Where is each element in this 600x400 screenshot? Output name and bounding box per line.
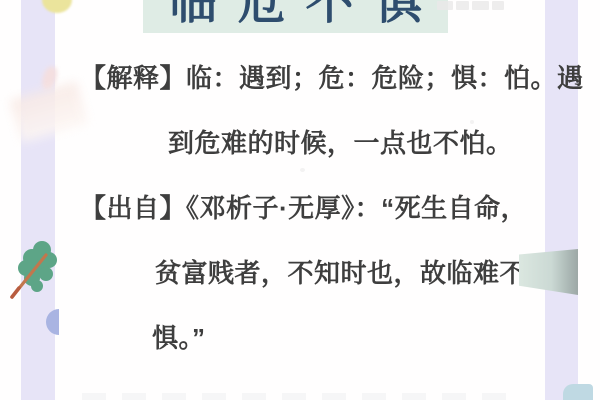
definition-text: 【解释】临：遇到；危：危险；惧：怕。遇 到危难的时候，一点也不怕。 【出自】《邓…	[80, 46, 526, 371]
title-band: 临危不惧	[143, 0, 448, 33]
idiom-title: 临危不惧	[143, 0, 448, 27]
watermark-block	[492, 1, 504, 10]
source-line-1: 【出自】《邓析子·无厚》：“死生自命，	[80, 176, 526, 241]
paper-speck	[470, 120, 474, 124]
cropped-next-line	[82, 393, 518, 400]
source-line-2: 贫富贱者，不知时也，故临难不	[80, 241, 526, 306]
paper-speck	[300, 168, 305, 172]
leaf-icon	[4, 236, 64, 302]
card-border-left	[21, 0, 55, 400]
source-line-3: 惧。”	[80, 306, 526, 371]
brush-stroke-decoration	[519, 249, 578, 295]
idiom-card: 临危不惧 【解释】临：遇到；危：危险；惧：怕。遇 到危难的时候，一点也不怕。 【…	[0, 0, 600, 400]
watermark-block	[472, 1, 489, 10]
watermark-block	[456, 1, 469, 10]
explanation-line-2: 到危难的时候，一点也不怕。	[80, 111, 526, 176]
card-border-right	[545, 0, 578, 400]
cyan-corner-decoration	[563, 384, 593, 400]
watermark-block	[437, 1, 453, 10]
explanation-line-1: 【解释】临：遇到；危：危险；惧：怕。遇	[80, 46, 526, 111]
watermark-text	[437, 1, 504, 10]
